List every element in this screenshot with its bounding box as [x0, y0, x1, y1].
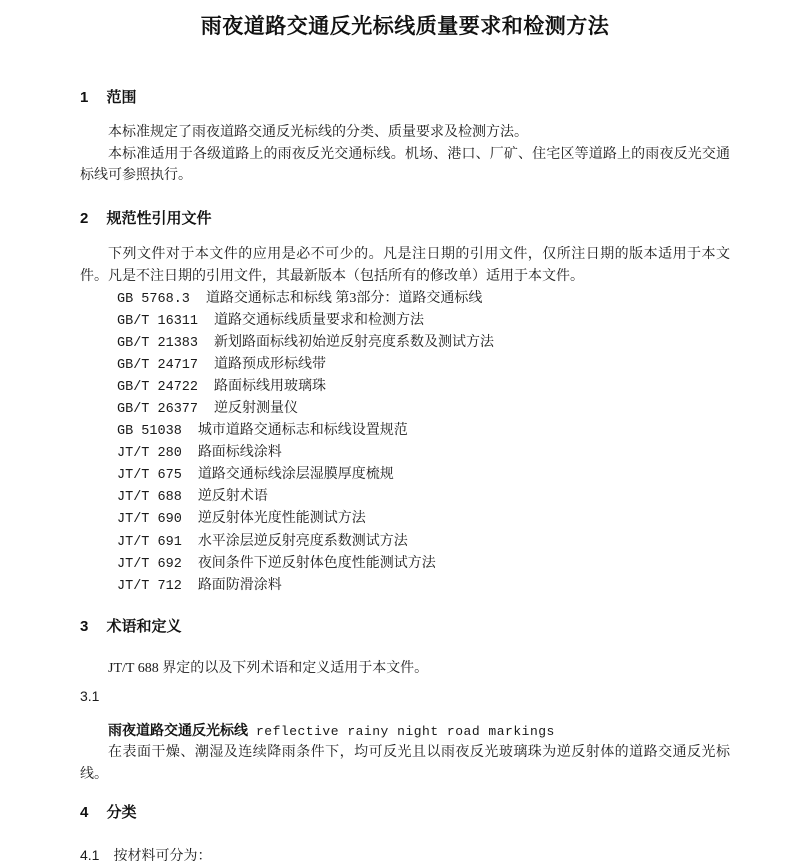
reference-id: GB/T 24722	[117, 380, 198, 395]
reference-title: 水平涂层逆反射亮度系数测试方法	[198, 534, 408, 549]
section-3-number: 3	[80, 618, 88, 635]
reference-title: 新划路面标线初始逆反射亮度系数及测试方法	[214, 335, 494, 350]
reference-item: GB 5768.3道路交通标志和标线 第3部分：道路交通标线	[117, 288, 730, 310]
section-4-title: 分类	[107, 804, 137, 821]
clause-3-1-number: 3.1	[80, 688, 730, 705]
reference-item: JT/T 692夜间条件下逆反射体色度性能测试方法	[117, 553, 730, 575]
term-chinese: 雨夜道路交通反光标线	[108, 722, 248, 738]
reference-id: JT/T 692	[117, 557, 182, 572]
term-definition-heading: 雨夜道路交通反光标线reflective rainy night road ma…	[80, 720, 730, 743]
references-intro-paragraph: 下列文件对于本文件的应用是必不可少的。凡是注日期的引用文件，仅所注日期的版本适用…	[80, 244, 730, 287]
reference-title: 夜间条件下逆反射体色度性能测试方法	[198, 556, 436, 571]
reference-item: JT/T 688逆反射术语	[117, 486, 730, 508]
reference-id: JT/T 675	[117, 468, 182, 483]
clause-4-1: 4.1按材料可分为：	[80, 847, 730, 861]
section-4-heading: 4 分类	[80, 805, 730, 821]
reference-item: GB 51038城市道路交通标志和标线设置规范	[117, 420, 730, 442]
clause-4-1-number: 4.1	[80, 847, 99, 861]
reference-item: GB/T 21383新划路面标线初始逆反射亮度系数及测试方法	[117, 332, 730, 354]
reference-id: GB/T 24717	[117, 358, 198, 373]
reference-item: JT/T 280路面标线涂料	[117, 442, 730, 464]
clause-4-1-text: 按材料可分为：	[113, 849, 211, 861]
section-1-number: 1	[80, 89, 88, 106]
section-1-heading: 1 范围	[80, 90, 730, 106]
reference-item: JT/T 691水平涂层逆反射亮度系数测试方法	[117, 531, 730, 553]
reference-item: GB/T 24722路面标线用玻璃珠	[117, 376, 730, 398]
section-2-heading: 2 规范性引用文件	[80, 211, 730, 227]
reference-title: 路面防滑涂料	[198, 578, 282, 593]
reference-id: GB 51038	[117, 424, 182, 439]
reference-title: 路面标线用玻璃珠	[214, 379, 326, 394]
section-2-title: 规范性引用文件	[107, 210, 212, 227]
reference-title: 路面标线涂料	[198, 445, 282, 460]
reference-id: GB/T 26377	[117, 402, 198, 417]
section-3-title: 术语和定义	[107, 618, 182, 635]
reference-id: GB/T 16311	[117, 314, 198, 329]
reference-title: 道路预成形标线带	[214, 357, 326, 372]
document-title: 雨夜道路交通反光标线质量要求和检测方法	[80, 14, 730, 40]
reference-title: 城市道路交通标志和标线设置规范	[198, 423, 408, 438]
reference-title: 逆反射术语	[198, 489, 268, 504]
reference-id: GB/T 21383	[117, 336, 198, 351]
reference-title: 道路交通标线涂层湿膜厚度梳规	[198, 467, 394, 482]
term-english: reflective rainy night road markings	[256, 724, 555, 739]
reference-title: 道路交通标线质量要求和检测方法	[214, 313, 424, 328]
scope-paragraph-1: 本标准规定了雨夜道路交通反光标线的分类、质量要求及检测方法。	[80, 122, 730, 144]
scope-paragraph-2: 本标准适用于各级道路上的雨夜反光交通标线。机场、港口、厂矿、住宅区等道路上的雨夜…	[80, 144, 730, 187]
reference-id: JT/T 712	[117, 579, 182, 594]
reference-title: 逆反射测量仪	[214, 401, 298, 416]
terms-intro-paragraph: JT/T 688 界定的以及下列术语和定义适用于本文件。	[80, 658, 730, 680]
reference-item: GB/T 24717道路预成形标线带	[117, 354, 730, 376]
reference-id: JT/T 690	[117, 512, 182, 527]
reference-title: 道路交通标志和标线 第3部分：道路交通标线	[206, 291, 483, 306]
reference-item: JT/T 690逆反射体光度性能测试方法	[117, 508, 730, 530]
section-2-number: 2	[80, 210, 88, 227]
reference-item: JT/T 712路面防滑涂料	[117, 575, 730, 597]
section-1-title: 范围	[107, 89, 137, 106]
reference-id: JT/T 280	[117, 446, 182, 461]
reference-item: GB/T 26377逆反射测量仪	[117, 398, 730, 420]
normative-references-list: GB 5768.3道路交通标志和标线 第3部分：道路交通标线 GB/T 1631…	[80, 288, 730, 597]
document-page: 雨夜道路交通反光标线质量要求和检测方法 1 范围 本标准规定了雨夜道路交通反光标…	[0, 0, 800, 861]
term-definition-text: 在表面干燥、潮湿及连续降雨条件下，均可反光且以雨夜反光玻璃珠为逆反射体的道路交通…	[80, 742, 730, 785]
reference-item: JT/T 675道路交通标线涂层湿膜厚度梳规	[117, 464, 730, 486]
section-4-number: 4	[80, 804, 88, 821]
section-3-heading: 3 术语和定义	[80, 619, 730, 635]
reference-id: JT/T 691	[117, 535, 182, 550]
reference-title: 逆反射体光度性能测试方法	[198, 511, 366, 526]
reference-id: JT/T 688	[117, 490, 182, 505]
reference-item: GB/T 16311道路交通标线质量要求和检测方法	[117, 310, 730, 332]
reference-id: GB 5768.3	[117, 292, 190, 307]
